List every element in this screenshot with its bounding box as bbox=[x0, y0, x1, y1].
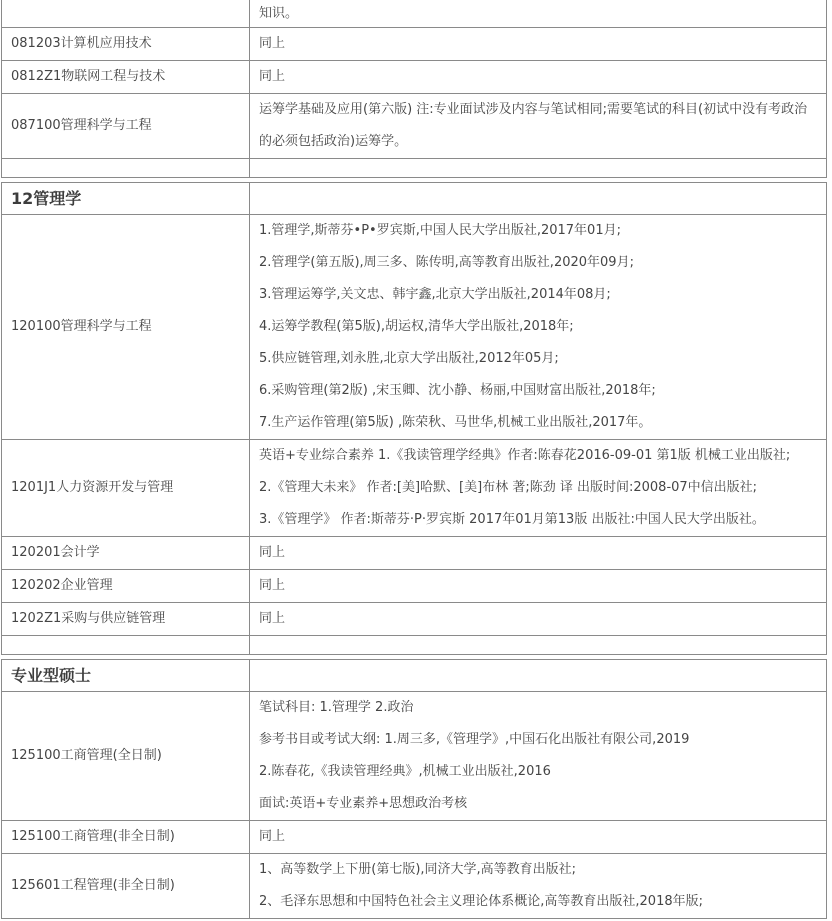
table-row: 081203计算机应用技术同上 bbox=[2, 28, 827, 61]
content-line: 同上 bbox=[259, 61, 817, 93]
content-line: 英语+专业综合素养 1.《我读管理学经典》作者:陈春花2016-09-01 第1… bbox=[259, 440, 817, 472]
content-line: 2、毛泽东思想和中国特色社会主义理论体系概论,高等教育出版社,2018年版; bbox=[259, 886, 817, 918]
program-cell: 120100管理科学与工程 bbox=[2, 215, 250, 440]
table-row: 0812Z1物联网工程与技术同上 bbox=[2, 61, 827, 94]
content-cell: 同上 bbox=[250, 603, 827, 636]
content-line: 2.陈春花,《我读管理经典》,机械工业出版社,2016 bbox=[259, 756, 817, 788]
content-line: 参考书目或考试大纲: 1.周三多,《管理学》,中国石化出版社有限公司,2019 bbox=[259, 724, 817, 756]
content-line: 7.生产运作管理(第5版) ,陈荣秋、马世华,机械工业出版社,2017年。 bbox=[259, 407, 817, 439]
program-cell: 120202企业管理 bbox=[2, 570, 250, 603]
content-cell: 同上 bbox=[250, 821, 827, 854]
program-cell: 125100工商管理(全日制) bbox=[2, 692, 250, 821]
content-cell: 同上 bbox=[250, 61, 827, 94]
reference-table-academic-master-engineering-continued: 知识。081203计算机应用技术同上0812Z1物联网工程与技术同上087100… bbox=[1, 0, 827, 178]
content-line: 同上 bbox=[259, 537, 817, 569]
table-row: 120201会计学同上 bbox=[2, 537, 827, 570]
content-line: 4.运筹学教程(第5版),胡运权,清华大学出版社,2018年; bbox=[259, 311, 817, 343]
content-cell bbox=[250, 159, 827, 178]
content-line: 2.管理学(第五版),周三多、陈传明,高等教育出版社,2020年09月; bbox=[259, 247, 817, 279]
program-cell: 1201J1人力资源开发与管理 bbox=[2, 440, 250, 537]
content-cell: 知识。 bbox=[250, 0, 827, 28]
content-cell: 同上 bbox=[250, 537, 827, 570]
content-cell bbox=[250, 183, 827, 215]
program-label: 120201会计学 bbox=[11, 537, 240, 569]
program-cell: 120201会计学 bbox=[2, 537, 250, 570]
content-cell: 1、高等数学上下册(第七版),同济大学,高等教育出版社;2、毛泽东思想和中国特色… bbox=[250, 854, 827, 919]
section-title: 12管理学 bbox=[11, 183, 240, 214]
content-line: 1、高等数学上下册(第七版),同济大学,高等教育出版社; bbox=[259, 854, 817, 886]
program-label: 120202企业管理 bbox=[11, 570, 240, 602]
table-row: 125601工程管理(非全日制)1、高等数学上下册(第七版),同济大学,高等教育… bbox=[2, 854, 827, 919]
program-label: 125100工商管理(全日制) bbox=[11, 740, 240, 772]
content-cell: 同上 bbox=[250, 570, 827, 603]
program-label: 125100工商管理(非全日制) bbox=[11, 821, 240, 853]
program-label: 125601工程管理(非全日制) bbox=[11, 870, 240, 902]
content-line: 3.《管理学》 作者:斯蒂芬·P·罗宾斯 2017年01月第13版 出版社:中国… bbox=[259, 504, 817, 536]
content-cell: 笔试科目: 1.管理学 2.政治参考书目或考试大纲: 1.周三多,《管理学》,中… bbox=[250, 692, 827, 821]
program-label: 081203计算机应用技术 bbox=[11, 28, 240, 60]
content-line: 3.管理运筹学,关文忠、韩宇鑫,北京大学出版社,2014年08月; bbox=[259, 279, 817, 311]
program-label: 0812Z1物联网工程与技术 bbox=[11, 61, 240, 93]
content-line: 面试:英语+专业素养+思想政治考核 bbox=[259, 788, 817, 820]
program-cell: 0812Z1物联网工程与技术 bbox=[2, 61, 250, 94]
program-cell bbox=[2, 159, 250, 178]
content-line: 2.《管理大未来》 作者:[美]哈默、[美]布林 著;陈劲 译 出版时间:200… bbox=[259, 472, 817, 504]
spacer-row bbox=[2, 159, 827, 178]
program-cell: 081203计算机应用技术 bbox=[2, 28, 250, 61]
program-label: 120100管理科学与工程 bbox=[11, 311, 240, 343]
content-line: 5.供应链管理,刘永胜,北京大学出版社,2012年05月; bbox=[259, 343, 817, 375]
section-title-cell: 12管理学 bbox=[2, 183, 250, 215]
program-label: 1202Z1采购与供应链管理 bbox=[11, 603, 240, 635]
content-line: 知识。 bbox=[259, 0, 817, 27]
table-row: 125100工商管理(全日制)笔试科目: 1.管理学 2.政治参考书目或考试大纲… bbox=[2, 692, 827, 821]
spacer-row bbox=[2, 636, 827, 655]
table-row: 1201J1人力资源开发与管理英语+专业综合素养 1.《我读管理学经典》作者:陈… bbox=[2, 440, 827, 537]
content-cell bbox=[250, 660, 827, 692]
reference-table-management-section: 12管理学120100管理科学与工程1.管理学,斯蒂芬•P•罗宾斯,中国人民大学… bbox=[1, 182, 827, 655]
table-row: 087100管理科学与工程运筹学基础及应用(第六版) 注:专业面试涉及内容与笔试… bbox=[2, 94, 827, 159]
continued-row: 知识。 bbox=[2, 0, 827, 28]
content-cell: 运筹学基础及应用(第六版) 注:专业面试涉及内容与笔试相同;需要笔试的科目(初试… bbox=[250, 94, 827, 159]
program-label: 1201J1人力资源开发与管理 bbox=[11, 472, 240, 504]
table-row: 125100工商管理(非全日制)同上 bbox=[2, 821, 827, 854]
content-line: 同上 bbox=[259, 570, 817, 602]
content-line: 笔试科目: 1.管理学 2.政治 bbox=[259, 692, 817, 724]
program-cell: 087100管理科学与工程 bbox=[2, 94, 250, 159]
content-cell: 同上 bbox=[250, 28, 827, 61]
program-cell: 1202Z1采购与供应链管理 bbox=[2, 603, 250, 636]
section-title: 专业型硕士 bbox=[11, 660, 240, 691]
program-cell bbox=[2, 0, 250, 28]
content-line: 运筹学基础及应用(第六版) 注:专业面试涉及内容与笔试相同;需要笔试的科目(初试… bbox=[259, 94, 817, 158]
table-row: 1202Z1采购与供应链管理同上 bbox=[2, 603, 827, 636]
program-cell: 125100工商管理(非全日制) bbox=[2, 821, 250, 854]
section-header-row: 12管理学 bbox=[2, 183, 827, 215]
content-cell: 英语+专业综合素养 1.《我读管理学经典》作者:陈春花2016-09-01 第1… bbox=[250, 440, 827, 537]
reference-table-professional-master-section: 专业型硕士125100工商管理(全日制)笔试科目: 1.管理学 2.政治参考书目… bbox=[1, 659, 827, 919]
section-header-row: 专业型硕士 bbox=[2, 660, 827, 692]
content-line: 同上 bbox=[259, 28, 817, 60]
program-label: 087100管理科学与工程 bbox=[11, 110, 240, 142]
content-line: 6.采购管理(第2版) ,宋玉卿、沈小静、杨丽,中国财富出版社,2018年; bbox=[259, 375, 817, 407]
content-line: 同上 bbox=[259, 821, 817, 853]
textbook-reference-tables: 知识。081203计算机应用技术同上0812Z1物联网工程与技术同上087100… bbox=[0, 0, 828, 919]
content-cell: 1.管理学,斯蒂芬•P•罗宾斯,中国人民大学出版社,2017年01月;2.管理学… bbox=[250, 215, 827, 440]
program-cell: 125601工程管理(非全日制) bbox=[2, 854, 250, 919]
content-cell bbox=[250, 636, 827, 655]
content-line: 同上 bbox=[259, 603, 817, 635]
table-row: 120100管理科学与工程1.管理学,斯蒂芬•P•罗宾斯,中国人民大学出版社,2… bbox=[2, 215, 827, 440]
section-title-cell: 专业型硕士 bbox=[2, 660, 250, 692]
table-row: 120202企业管理同上 bbox=[2, 570, 827, 603]
content-line: 1.管理学,斯蒂芬•P•罗宾斯,中国人民大学出版社,2017年01月; bbox=[259, 215, 817, 247]
program-cell bbox=[2, 636, 250, 655]
